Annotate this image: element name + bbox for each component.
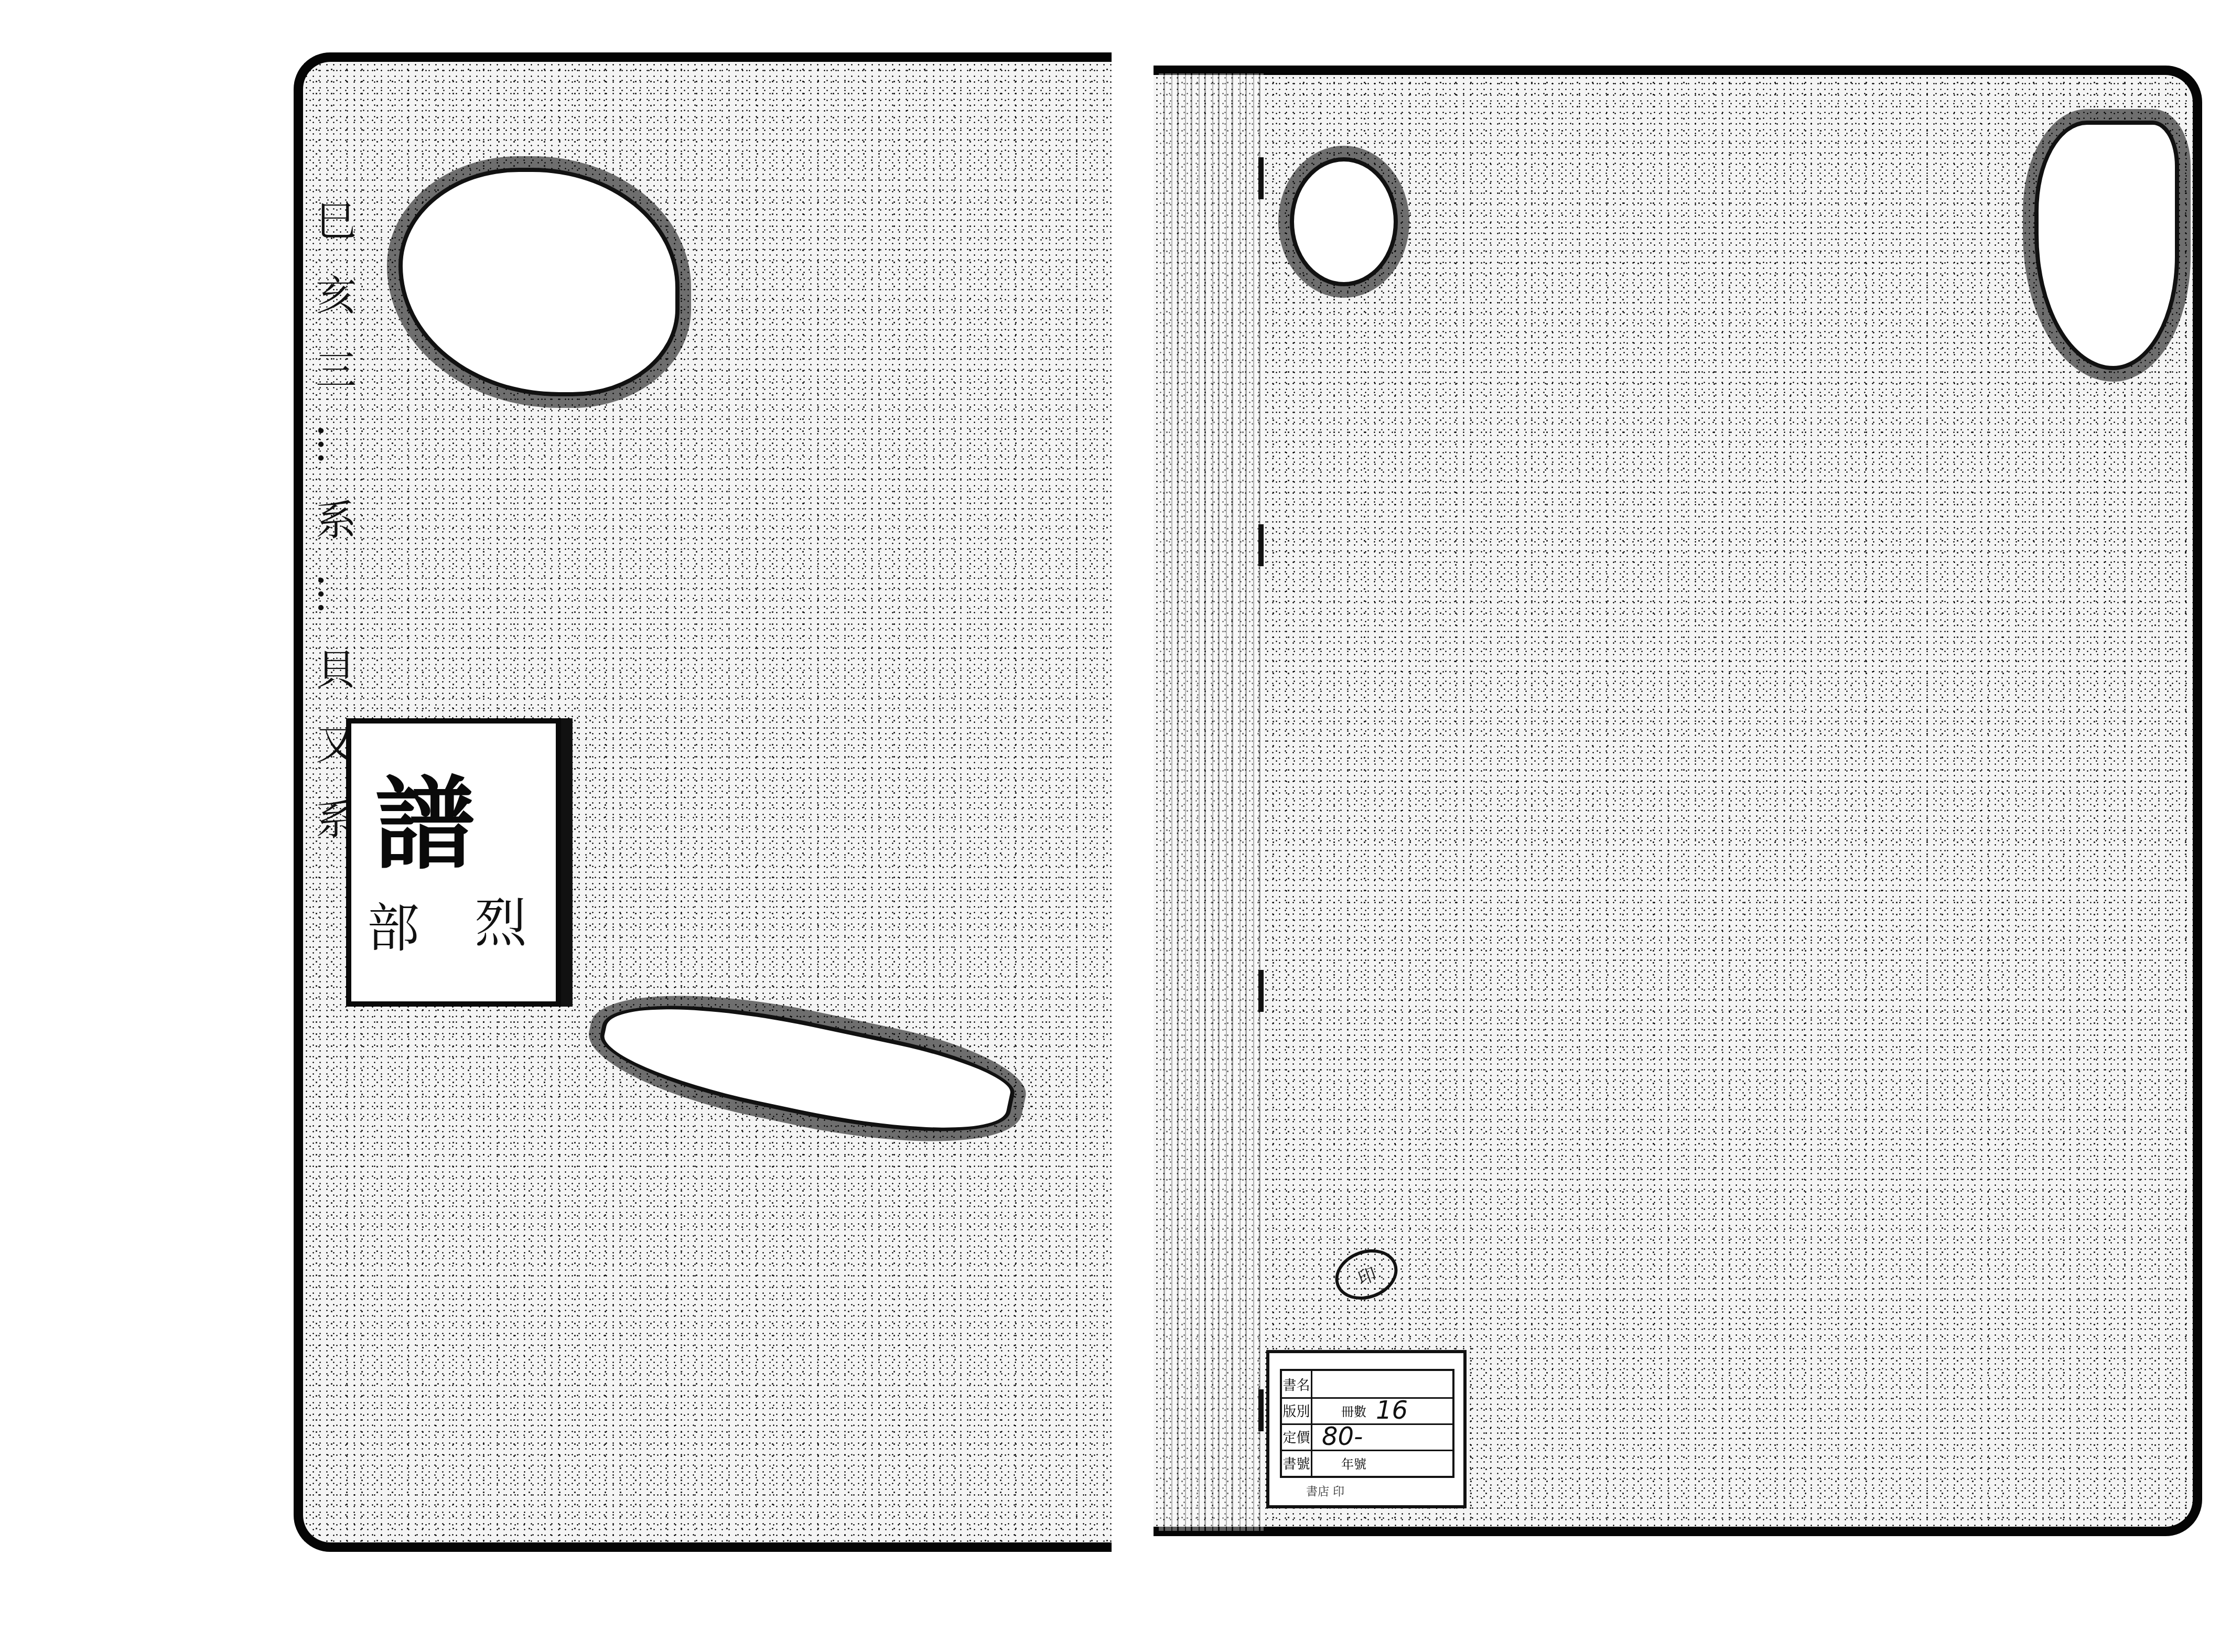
card-label: 書號 bbox=[1282, 1450, 1312, 1476]
paper-tear bbox=[1290, 157, 1398, 286]
card-label: 版別 bbox=[1282, 1397, 1312, 1423]
card-row-edition: 版別 冊數 16 bbox=[1282, 1397, 1452, 1425]
binding-string bbox=[1258, 157, 1264, 199]
binding-string bbox=[1258, 524, 1264, 566]
title-slip: 譜 烈 部 bbox=[346, 718, 561, 1007]
card-row-price: 定價 80- bbox=[1282, 1423, 1452, 1451]
binding-string bbox=[1258, 1389, 1264, 1431]
card-mid-label: 冊數 bbox=[1341, 1401, 1366, 1420]
card-row-title: 書名 bbox=[1282, 1371, 1452, 1399]
book-spine-binding bbox=[1159, 73, 1264, 1531]
title-sub-left: 部 bbox=[367, 886, 419, 962]
card-label: 書名 bbox=[1282, 1371, 1312, 1397]
title-main-character: 譜 bbox=[375, 744, 475, 888]
title-sub-right: 烈 bbox=[475, 881, 527, 956]
price-value: 80- bbox=[1322, 1422, 1363, 1451]
library-catalog-card: 書名 版別 冊數 16 定價 80- 書號 年號 書店 印 bbox=[1266, 1350, 1467, 1508]
binding-string bbox=[1258, 970, 1264, 1012]
card-footer: 書店 印 bbox=[1306, 1483, 1344, 1499]
volume-count-value: 16 bbox=[1376, 1396, 1408, 1425]
card-label: 定價 bbox=[1282, 1423, 1312, 1450]
card-row-number: 書號 年號 bbox=[1282, 1450, 1452, 1476]
catalog-card-grid: 書名 版別 冊數 16 定價 80- 書號 年號 bbox=[1280, 1369, 1454, 1478]
card-mid-label: 年號 bbox=[1341, 1454, 1366, 1472]
